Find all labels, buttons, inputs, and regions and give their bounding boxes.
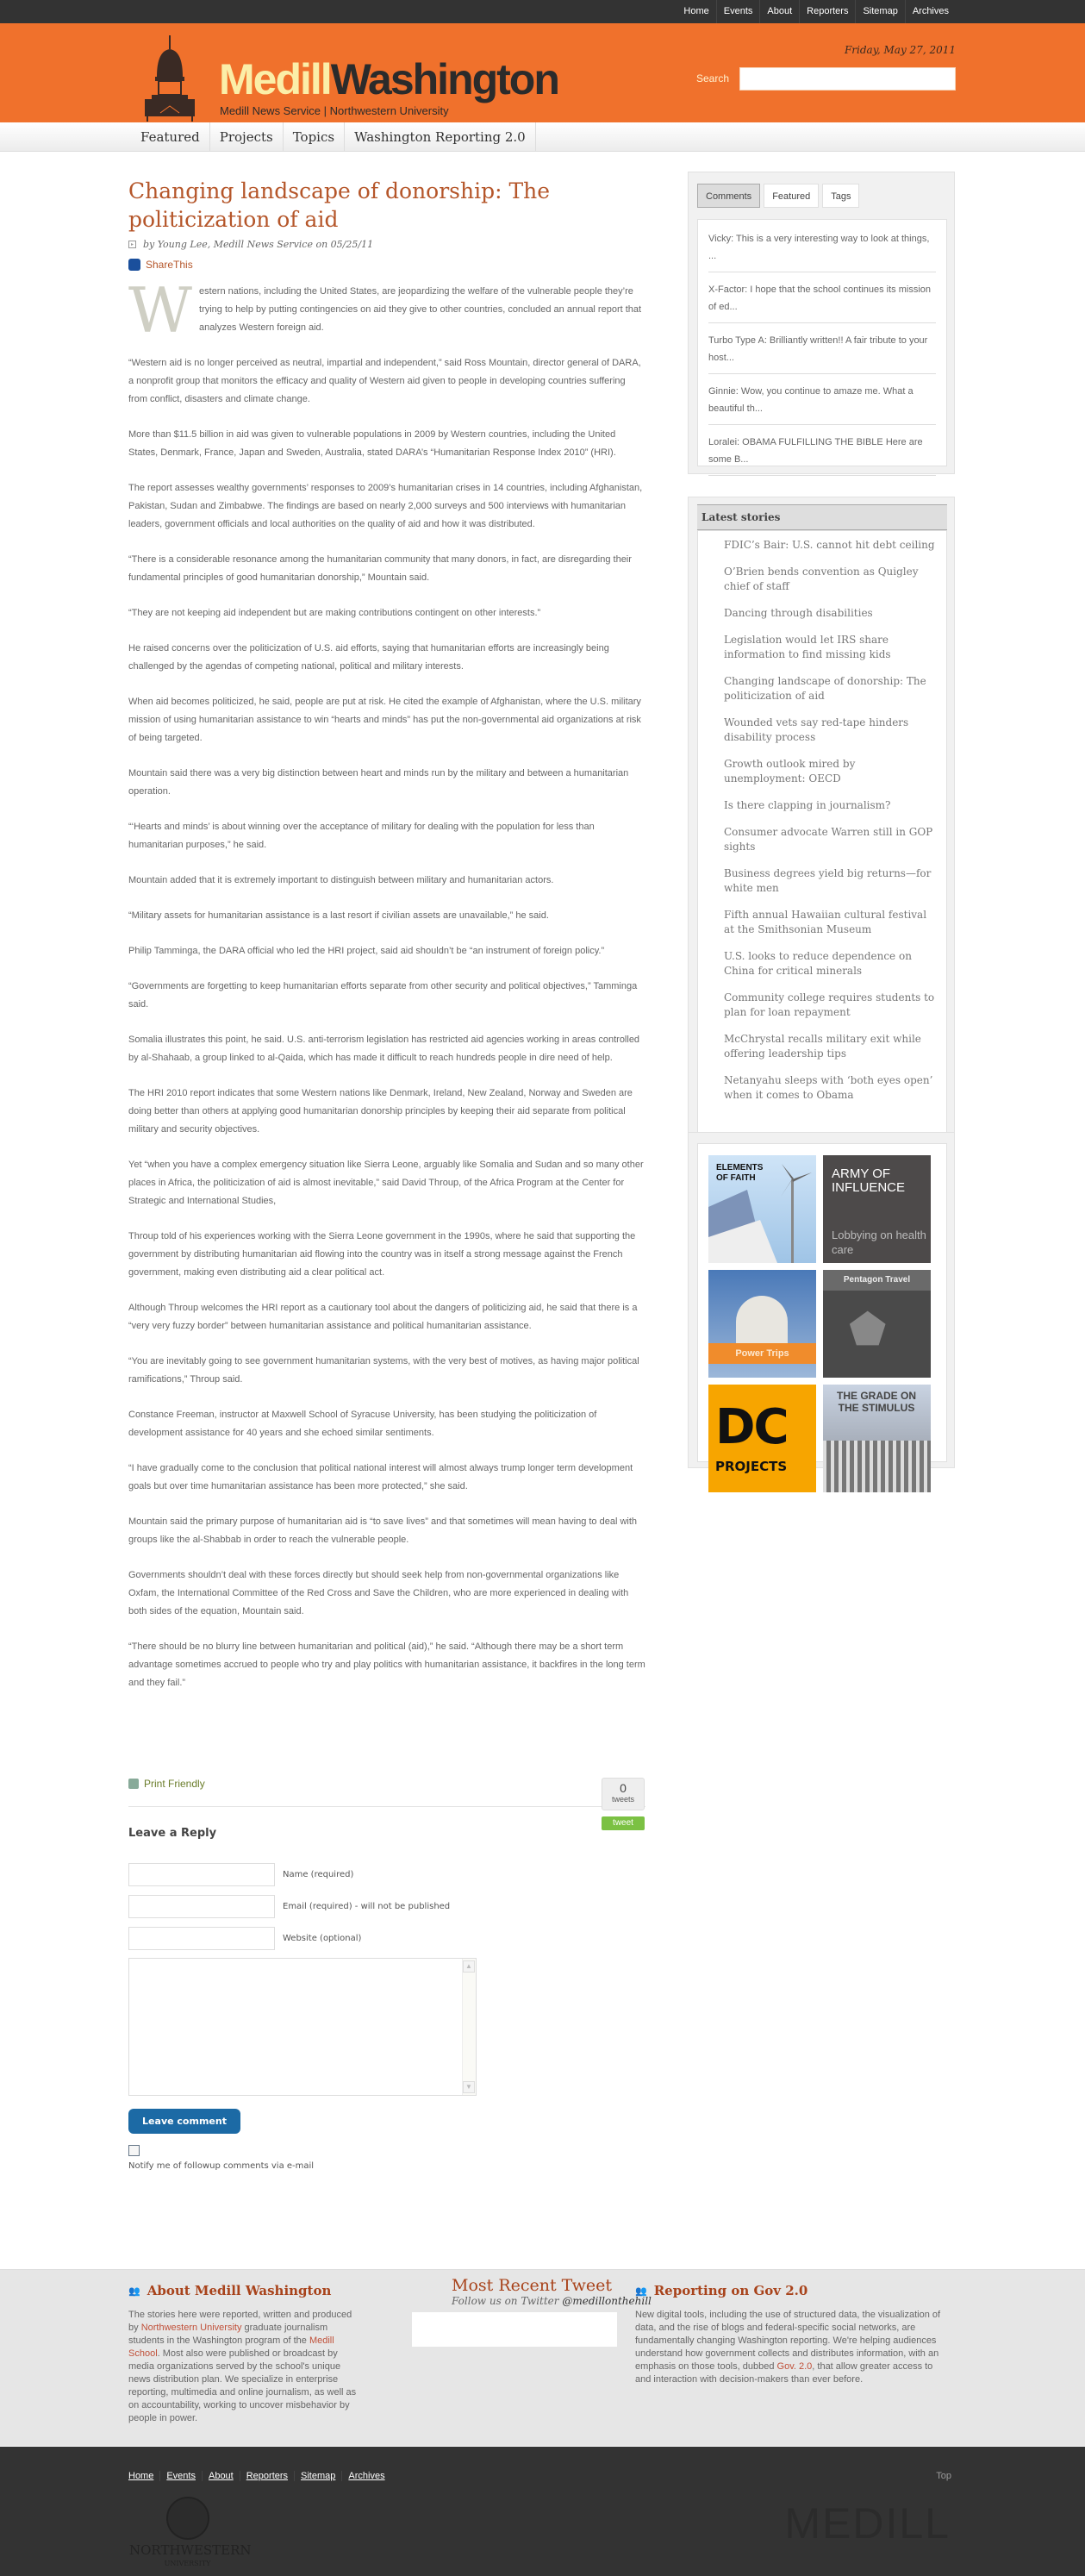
logo-washington: Washington — [331, 55, 558, 103]
story-link[interactable]: Legislation would let IRS share informat… — [724, 633, 938, 662]
promo-power-trips[interactable]: Power Trips — [708, 1270, 816, 1378]
wind-turbine-icon — [708, 1155, 816, 1263]
paragraph: More than $11.5 billion in aid was given… — [128, 426, 645, 462]
reply-form: Leave a Reply Name (required) Email (req… — [128, 1827, 645, 2171]
lead-text: estern nations, including the United Sta… — [199, 286, 641, 333]
paragraph: He raised concerns over the politicizati… — [128, 640, 645, 676]
story-link[interactable]: Changing landscape of donorship: The pol… — [724, 674, 938, 703]
logo-tagline: Medill News Service | Northwestern Unive… — [220, 104, 449, 117]
print-label: Print Friendly — [144, 1778, 205, 1790]
paragraph: Constance Freeman, instructor at Maxwell… — [128, 1406, 645, 1442]
drop-cap: W — [128, 284, 192, 336]
site-header: MedillWashington Medill News Service | N… — [0, 23, 1085, 122]
paragraph: “Military assets for humanitarian assist… — [128, 907, 645, 925]
topnav-reporters[interactable]: Reporters — [799, 0, 855, 23]
paragraph: The HRI 2010 report indicates that some … — [128, 1085, 645, 1139]
paragraph: Yet “when you have a complex emergency s… — [128, 1156, 645, 1210]
main-nav: Featured Projects Topics Washington Repo… — [0, 122, 1085, 152]
latest-stories-widget: Latest stories FDIC’s Bair: U.S. cannot … — [688, 497, 955, 1146]
promo-dc-projects[interactable]: DC PROJECTS — [708, 1385, 816, 1492]
paragraph: Mountain said the primary purpose of hum… — [128, 1513, 645, 1549]
story-link[interactable]: McChrystal recalls military exit while o… — [724, 1032, 938, 1061]
byline-text: by Young Lee, Medill News Service on 05/… — [143, 239, 373, 250]
about-heading: 👥About Medill Washington — [128, 2283, 357, 2298]
footer-nav-about[interactable]: About — [202, 2471, 240, 2481]
notify-label: Notify me of followup comments via e-mai… — [128, 2161, 645, 2171]
share-label: ShareThis — [146, 259, 193, 271]
nav-topics[interactable]: Topics — [284, 122, 345, 152]
tweet-count: 0 — [602, 1779, 644, 1795]
story-link[interactable]: O’Brien bends convention as Quigley chie… — [724, 565, 938, 594]
story-link[interactable]: Is there clapping in journalism? — [724, 798, 938, 813]
story-link[interactable]: Fifth annual Hawaiian cultural festival … — [724, 908, 938, 937]
search-label: Search — [696, 72, 729, 84]
tab-comments[interactable]: Comments — [697, 184, 760, 208]
footer-nav-reporters[interactable]: Reporters — [240, 2471, 294, 2481]
promo-title: ARMY OF INFLUENCE — [832, 1167, 931, 1195]
article: Changing landscape of donorship: The pol… — [128, 177, 645, 1710]
gov-heading-text: Reporting on Gov 2.0 — [654, 2283, 808, 2298]
paragraph: “There should be no blurry line between … — [128, 1638, 645, 1692]
promo-title: THE GRADE ON THE STIMULUS — [833, 1390, 920, 1414]
paragraph: “They are not keeping aid independent bu… — [128, 604, 645, 622]
comments-widget: Comments Featured Tags Vicky: This is a … — [688, 172, 955, 474]
share-this-button[interactable]: ShareThis — [128, 259, 645, 271]
logo-medill: Medill — [219, 55, 331, 103]
about-section: 👥About Medill Washington The stories her… — [128, 2283, 357, 2425]
paragraph: Mountain said there was a very big disti… — [128, 765, 645, 801]
footer-nav-sitemap[interactable]: Sitemap — [294, 2471, 341, 2481]
current-date: Friday, May 27, 2011 — [845, 44, 956, 56]
print-friendly-link[interactable]: Print Friendly — [128, 1778, 645, 1790]
promo-pentagon-travel[interactable]: Pentagon Travel ⬟ — [823, 1270, 931, 1378]
top-nav: Home Events About Reporters Sitemap Arch… — [677, 0, 956, 23]
comment-textarea[interactable]: ▲ ▼ — [128, 1958, 477, 2096]
topnav-home[interactable]: Home — [677, 0, 715, 23]
story-link[interactable]: Business degrees yield big returns—for w… — [724, 866, 938, 896]
scroll-up-icon[interactable]: ▲ — [463, 1960, 475, 1973]
promo-subtitle: Lobbying on health care — [832, 1228, 931, 1257]
widget-tabs: Comments Featured Tags — [697, 184, 859, 208]
nu-name: NORTHWESTERN — [129, 2542, 252, 2558]
about-heading-text: About Medill Washington — [147, 2283, 332, 2298]
name-label: Name (required) — [283, 1870, 353, 1879]
comment-item[interactable]: Turbo Type A: Brilliantly written!! A fa… — [708, 323, 936, 374]
scroll-down-icon[interactable]: ▼ — [463, 2081, 475, 2093]
promo-army-of-influence[interactable]: ARMY OF INFLUENCE Lobbying on health car… — [823, 1155, 931, 1263]
name-field[interactable] — [128, 1863, 275, 1886]
topnav-archives[interactable]: Archives — [905, 0, 956, 23]
tweet-counter: 0 tweets — [602, 1778, 645, 1810]
latest-stories-list: FDIC’s Bair: U.S. cannot hit debt ceilin… — [697, 530, 947, 1134]
share-icon — [128, 259, 140, 271]
story-link[interactable]: Community college requires students to p… — [724, 991, 938, 1020]
footer-nav-home[interactable]: Home — [128, 2471, 159, 2481]
bottom-footer: Home Events About Reporters Sitemap Arch… — [0, 2447, 1085, 2576]
nu-sub: UNIVERSITY — [129, 2557, 246, 2571]
northwestern-link[interactable]: Northwestern University — [141, 2323, 242, 2333]
people-icon: 👥 — [128, 2285, 140, 2297]
footer-nav-archives[interactable]: Archives — [341, 2471, 390, 2481]
story-link[interactable]: Netanyahu sleeps with ‘both eyes open’ w… — [724, 1073, 938, 1103]
northwestern-logo[interactable]: NORTHWESTERNUNIVERSITY — [129, 2543, 246, 2571]
comment-item[interactable]: Loralei: OBAMA FULFILLING THE BIBLE Here… — [708, 425, 936, 476]
website-label: Website (optional) — [283, 1934, 361, 1943]
comment-item[interactable]: X-Factor: I hope that the school continu… — [708, 272, 936, 323]
leave-comment-button[interactable]: Leave comment — [128, 2109, 240, 2134]
printer-icon — [128, 1779, 139, 1789]
paragraph: Throup told of his experiences working w… — [128, 1228, 645, 1282]
gov-heading: 👥Reporting on Gov 2.0 — [635, 2283, 945, 2298]
logo-wordmark: MedillWashington — [219, 54, 558, 104]
story-link[interactable]: Dancing through disabilities — [724, 606, 938, 621]
topnav-about[interactable]: About — [759, 0, 799, 23]
email-label: Email (required) - will not be published — [283, 1902, 450, 1911]
article-title: Changing landscape of donorship: The pol… — [128, 177, 645, 234]
gov20-link[interactable]: Gov. 2.0 — [777, 2361, 813, 2372]
northwestern-seal-icon — [166, 2497, 209, 2540]
paragraph: “‘Hearts and minds’ is about winning ove… — [128, 818, 645, 854]
about-text-part: . Most also were published or broadcast … — [128, 2348, 356, 2423]
promo-title: Pentagon Travel — [823, 1270, 931, 1291]
search-input[interactable] — [739, 67, 956, 91]
nav-projects[interactable]: Projects — [210, 122, 284, 152]
promo-title: Power Trips — [708, 1343, 816, 1364]
promo-subtitle: PROJECTS — [715, 1459, 787, 1474]
paragraph: Mountain added that it is extremely impo… — [128, 872, 645, 890]
lead-paragraph: Western nations, including the United St… — [128, 283, 645, 337]
paragraph: Philip Tamminga, the DARA official who l… — [128, 942, 645, 960]
paragraph: Somalia illustrates this point, he said.… — [128, 1031, 645, 1067]
capitol-image — [736, 1296, 788, 1343]
footer-nav: Home Events About Reporters Sitemap Arch… — [128, 2471, 391, 2481]
topnav-sitemap[interactable]: Sitemap — [855, 0, 904, 23]
paragraph: The report assesses wealthy governments’… — [128, 479, 645, 534]
people-icon: 👥 — [635, 2285, 647, 2297]
tab-featured[interactable]: Featured — [764, 184, 819, 208]
footer-nav-events[interactable]: Events — [159, 2471, 202, 2481]
top-bar: Home Events About Reporters Sitemap Arch… — [0, 0, 1085, 23]
comments-list: Vicky: This is a very interesting way to… — [697, 219, 947, 466]
tweet-widget: 0 tweets tweet — [602, 1778, 645, 1830]
promo-elements-of-faith[interactable]: ELEMENTS OF FAITH — [708, 1155, 816, 1263]
gov-text: New digital tools, including the use of … — [635, 2309, 945, 2386]
paragraph: Although Throup welcomes the HRI report … — [128, 1299, 645, 1335]
paragraph: Governments shouldn’t deal with these fo… — [128, 1566, 645, 1621]
back-to-top-link[interactable]: Top — [936, 2471, 951, 2481]
paragraph: “Western aid is no longer perceived as n… — [128, 354, 645, 409]
nav-washington-reporting[interactable]: Washington Reporting 2.0 — [345, 122, 536, 152]
follow-text: Follow us on Twitter — [452, 2295, 562, 2307]
website-field[interactable] — [128, 1927, 275, 1950]
paragraph: “There is a considerable resonance among… — [128, 551, 645, 587]
byline: ▸ by Young Lee, Medill News Service on 0… — [128, 239, 645, 250]
comment-item[interactable]: Ginnie: Wow, you continue to amaze me. W… — [708, 374, 936, 425]
tweet-box — [412, 2312, 617, 2347]
paragraph: “You are inevitably going to see governm… — [128, 1353, 645, 1389]
paragraph: When aid becomes politicized, he said, p… — [128, 693, 645, 747]
nav-featured[interactable]: Featured — [131, 122, 210, 152]
recent-tweet-section: Most Recent Tweet Follow us on Twitter @… — [412, 2276, 670, 2347]
latest-stories-heading: Latest stories — [697, 504, 947, 530]
comment-item[interactable]: Vicky: This is a very interesting way to… — [708, 220, 936, 272]
capitol-dome-icon — [136, 35, 205, 122]
paragraph: “Governments are forgetting to keep huma… — [128, 978, 645, 1014]
topnav-events[interactable]: Events — [716, 0, 760, 23]
email-field[interactable] — [128, 1895, 275, 1918]
textarea-scrollbar[interactable] — [462, 1959, 476, 2095]
capitol-building-image — [823, 1441, 931, 1492]
site-logo[interactable]: MedillWashington Medill News Service | N… — [136, 35, 602, 122]
promo-grade-on-stimulus[interactable]: THE GRADE ON THE STIMULUS — [823, 1385, 931, 1492]
about-text: The stories here were reported, written … — [128, 2309, 357, 2425]
tab-tags[interactable]: Tags — [822, 184, 859, 208]
notify-checkbox[interactable] — [128, 2145, 140, 2156]
paragraph: “I have gradually come to the conclusion… — [128, 1460, 645, 1496]
story-link[interactable]: Wounded vets say red-tape hinders disabi… — [724, 716, 938, 745]
story-link[interactable]: FDIC’s Bair: U.S. cannot hit debt ceilin… — [724, 538, 938, 553]
medill-logo[interactable]: MEDILL — [784, 2498, 951, 2548]
print-row: Print Friendly — [128, 1778, 645, 1807]
pentagon-icon: ⬟ — [849, 1304, 886, 1354]
story-link[interactable]: U.S. looks to reduce dependence on China… — [724, 949, 938, 979]
projects-widget: ELEMENTS OF FAITH ARMY OF INFLUENCE Lobb… — [688, 1132, 955, 1468]
reply-heading: Leave a Reply — [128, 1827, 645, 1840]
tweets-label: tweets — [602, 1795, 644, 1804]
play-icon: ▸ — [128, 241, 136, 248]
gov-section: 👥Reporting on Gov 2.0 New digital tools,… — [635, 2283, 945, 2386]
story-link[interactable]: Growth outlook mired by unemployment: OE… — [724, 757, 938, 786]
story-link[interactable]: Consumer advocate Warren still in GOP si… — [724, 825, 938, 854]
article-body: Western nations, including the United St… — [128, 283, 645, 1692]
promo-title: DC — [715, 1404, 788, 1452]
